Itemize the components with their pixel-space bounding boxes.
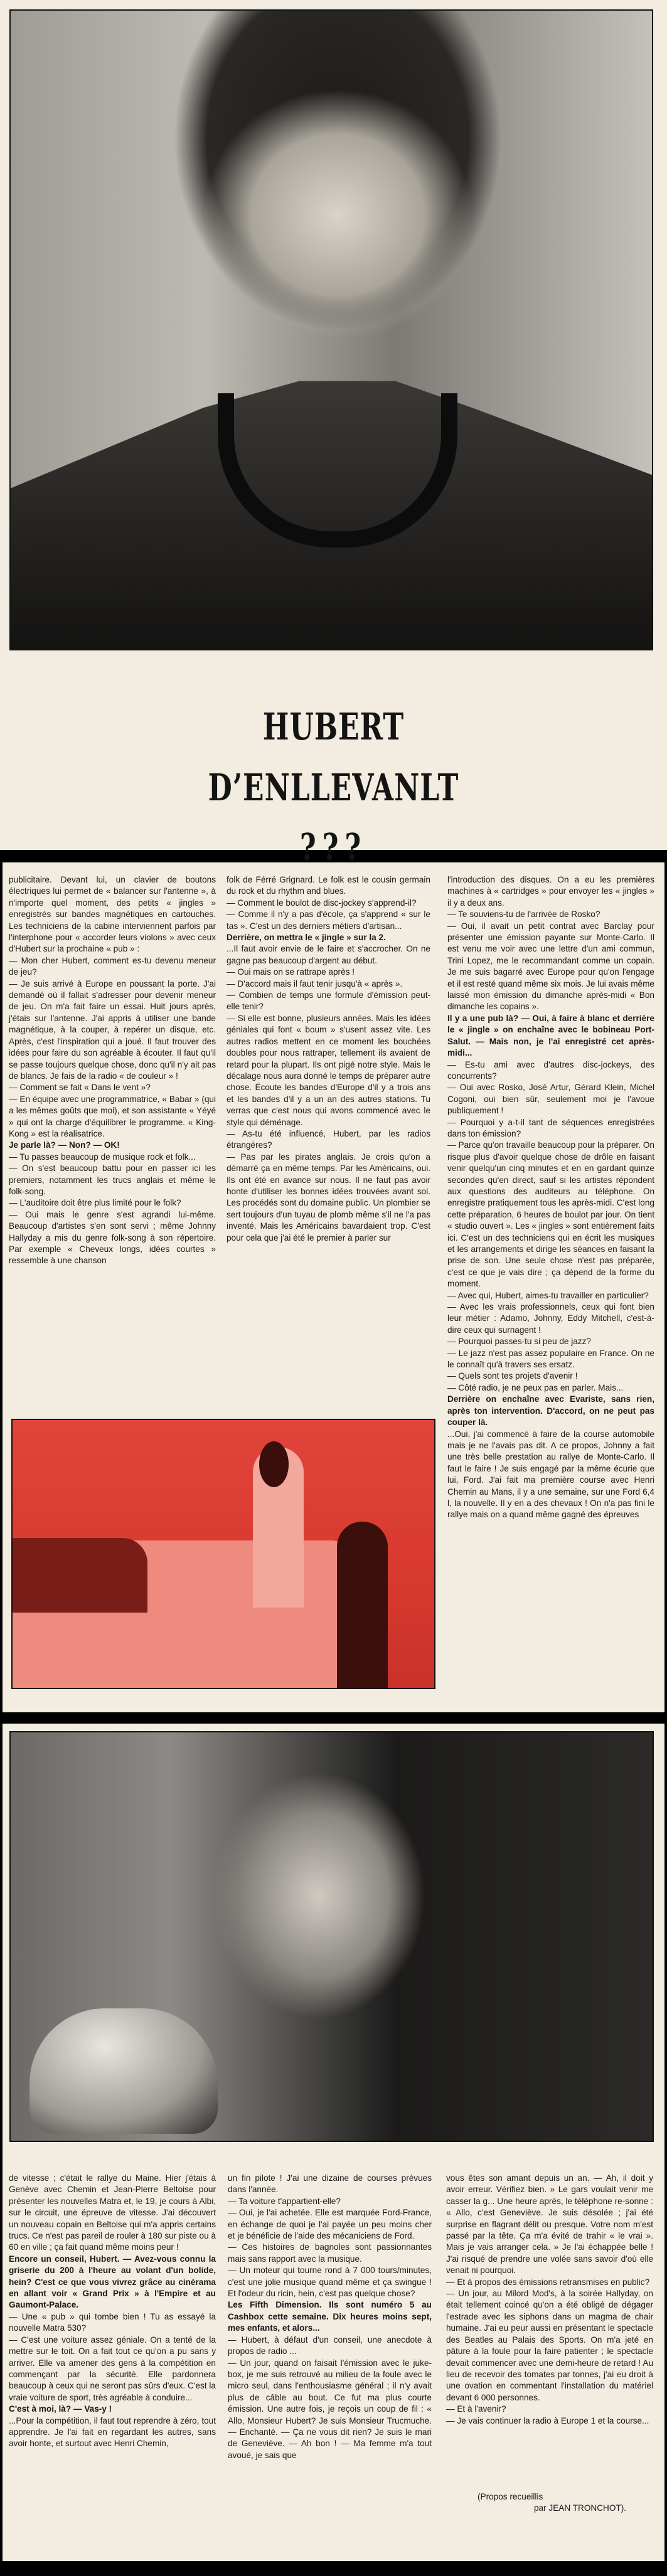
paragraph: — Es-tu ami avec d'autres disc-jockeys, … [447, 1060, 654, 1081]
paragraph: — Une « pub » qui tombe bien ! Tu as ess… [9, 2312, 216, 2333]
bystander-figure [337, 1522, 388, 1688]
paragraph: l'introduction des disques. On a eu les … [447, 875, 654, 908]
text-column-5: un fin pilote ! J'ai une dizaine de cour… [228, 2173, 432, 2461]
paragraph-block: — Hubert, à défaut d'un conseil, une ane… [228, 2335, 432, 2358]
paragraph: — Oui avec Rosko, José Artur, Gérard Kle… [447, 1083, 654, 1115]
paragraph-block: — Es-tu ami avec d'autres disc-jockeys, … [447, 1059, 654, 1083]
paragraph-block: ...Il faut avoir envie de le faire et s'… [227, 943, 430, 967]
paragraph-block: — Et à l'avenir? [446, 2404, 653, 2415]
paragraph: — Pas par les pirates anglais. Je crois … [227, 1152, 430, 1243]
paragraph-block: — L'auditoire doit être plus limité pour… [9, 1197, 216, 1209]
paragraph-block: — Mon cher Hubert, comment es-tu devenu … [9, 955, 216, 978]
signature: (Propos recueillis par JEAN TRONCHOT). [446, 2479, 653, 2515]
paragraph: — D'accord mais il faut tenir jusqu'à « … [227, 979, 402, 989]
paragraph-block: — Ta voiture t'appartient-elle? [228, 2196, 432, 2207]
paragraph: — Comment le boulot de disc-jockey s'app… [227, 898, 417, 908]
paragraph-block: — Oui mais le genre s'est agrandi lui-mê… [9, 1209, 216, 1267]
paragraph: ...Pour la compétition, il faut tout rep… [9, 2416, 216, 2449]
photo-smoking-headset [9, 1731, 654, 2142]
paragraph-block: l'introduction des disques. On a eu les … [447, 874, 654, 909]
paragraph-block: — Oui, je l'ai achetée. Elle est marquée… [228, 2207, 432, 2242]
paragraph-block: Je parle là? — Non? — OK! [9, 1140, 216, 1151]
paragraph: — Un moteur qui tourne rond à 7 000 tour… [228, 2266, 432, 2298]
paragraph: — Le jazz n'est pas assez populaire en F… [447, 1349, 654, 1369]
paragraph: — Oui, il avait un petit contrat avec Ba… [447, 921, 654, 1012]
text-column-1: publicitaire. Devant lui, un clavier de … [9, 874, 216, 1267]
paragraph: — Je vais continuer la radio à Europe 1 … [446, 2416, 649, 2425]
paragraph: — Je suis arrivé à Europe en poussant la… [9, 979, 216, 1081]
paragraph-block: vous êtes son amant depuis un an. — Ah, … [446, 2173, 653, 2277]
paragraph: — Mon cher Hubert, comment es-tu devenu … [9, 956, 216, 977]
paragraph-block: — D'accord mais il faut tenir jusqu'à « … [227, 978, 430, 990]
bold-aside-paragraph: Il y a une pub là? — Oui, à faire à blan… [447, 1014, 654, 1057]
headline-line-1: HUBERT [0, 706, 667, 749]
paragraph: — Oui mais on se rattrape après ! [227, 967, 355, 977]
bold-aside-paragraph: C'est à moi, là? — Vas-y ! [9, 2404, 112, 2414]
paragraph: — Comment se fait « Dans le vent »? [9, 1083, 151, 1092]
paragraph-block: — Comme il n'y a pas d'école, ça s'appre… [227, 909, 430, 932]
paragraph-block: Derrière on enchaîne avec Evariste, sans… [447, 1394, 654, 1428]
paragraph: — Parce qu'on travaille beaucoup pour la… [447, 1140, 654, 1288]
paragraph-block: — Parce qu'on travaille beaucoup pour la… [447, 1140, 654, 1290]
paragraph: — Ces histoires de bagnoles sont passion… [228, 2242, 432, 2263]
paragraph-block: de vitesse ; c'était le rallye du Maine.… [9, 2173, 216, 2254]
paragraph-block: — Côté radio, je ne peux pas en parler. … [447, 1382, 654, 1394]
paragraph: — Pourquoi passes-tu si peu de jazz? [447, 1337, 591, 1346]
signature-line-1: (Propos recueillis [446, 2491, 653, 2503]
paragraph-block: Il y a une pub là? — Oui, à faire à blan… [447, 1013, 654, 1059]
car-window-shape [13, 1538, 147, 1613]
hand-shape [29, 2008, 218, 2134]
paragraph-block: — En équipe avec une programmatrice, « B… [9, 1094, 216, 1140]
red-photo-race-car [11, 1419, 435, 1689]
paragraph-block: — Pourquoi y a-t-il tant de séquences en… [447, 1117, 654, 1140]
paragraph: — Pourquoi y a-t-il tant de séquences en… [447, 1118, 654, 1138]
paragraph-block: — Et à propos des émissions retransmises… [446, 2277, 653, 2288]
paragraph-block: — Tu passes beaucoup de musique rock et … [9, 1152, 216, 1163]
paragraph: — Tu passes beaucoup de musique rock et … [9, 1152, 196, 1162]
paragraph: — C'est une voiture assez géniale. On a … [9, 2335, 216, 2402]
paragraph-block: Encore un conseil, Hubert. — Avez-vous c… [9, 2254, 216, 2311]
paragraph: — Quels sont tes projets d'avenir ! [447, 1371, 577, 1381]
bold-aside-paragraph: Encore un conseil, Hubert. — Avez-vous c… [9, 2254, 216, 2310]
paragraph: — Avec qui, Hubert, aimes-tu travailler … [447, 1291, 649, 1300]
paragraph: — Te souviens-tu de l'arrivée de Rosko? [447, 909, 600, 919]
paragraph-block: — Si elle est bonne, plusieurs années. M… [227, 1013, 430, 1128]
paragraph-block: — Quels sont tes projets d'avenir ! [447, 1370, 654, 1382]
paragraph: — Si elle est bonne, plusieurs années. M… [227, 1014, 430, 1127]
portrait-photo-headphones [9, 9, 653, 650]
signature-line-2: par JEAN TRONCHOT). [446, 2503, 653, 2514]
paragraph-block: — Un jour, quand on faisait l'émission a… [228, 2358, 432, 2462]
text-column-4: de vitesse ; c'était le rallye du Maine.… [9, 2173, 216, 2450]
paragraph-block: — Combien de temps une formule d'émissio… [227, 990, 430, 1013]
bold-aside-paragraph: Je parle là? — Non? — OK! [9, 1140, 120, 1150]
paragraph-block: — Je suis arrivé à Europe en poussant la… [9, 978, 216, 1083]
paragraph: ...Il faut avoir envie de le faire et s'… [227, 944, 430, 965]
paragraph-block: un fin pilote ! J'ai une dizaine de cour… [228, 2173, 432, 2196]
paragraph: — Un jour, au Milord Mod's, à la soirée … [446, 2289, 653, 2402]
text-column-3: l'introduction des disques. On a eu les … [447, 874, 654, 1521]
paragraph-block: — Pourquoi passes-tu si peu de jazz? [447, 1336, 654, 1347]
paragraph-block: publicitaire. Devant lui, un clavier de … [9, 874, 216, 955]
paragraph-block: — C'est une voiture assez géniale. On a … [9, 2335, 216, 2404]
driver-head [259, 1441, 289, 1487]
paragraph-block: — Un moteur qui tourne rond à 7 000 tour… [228, 2265, 432, 2299]
paragraph-block: — Ces histoires de bagnoles sont passion… [228, 2242, 432, 2265]
paragraph-block: — On s'est beaucoup battu pour en passer… [9, 1163, 216, 1197]
paragraph: — On s'est beaucoup battu pour en passer… [9, 1163, 216, 1196]
paragraph: — Oui, je l'ai achetée. Elle est marquée… [228, 2208, 432, 2240]
paragraph-block: — Je vais continuer la radio à Europe 1 … [446, 2415, 653, 2427]
paragraph: — As-tu été influencé, Hubert, par les r… [227, 1129, 430, 1150]
paragraph-block: ...Pour la compétition, il faut tout rep… [9, 2415, 216, 2450]
bold-aside-paragraph: Les Fifth Dimension. Ils sont numéro 5 a… [228, 2300, 432, 2333]
paragraph-block: folk de Férré Grignard. Le folk est le c… [227, 874, 430, 898]
paragraph-block: — Oui, il avait un petit contrat avec Ba… [447, 921, 654, 1013]
paragraph-block: — Comment le boulot de disc-jockey s'app… [227, 898, 430, 909]
text-column-2: folk de Férré Grignard. Le folk est le c… [227, 874, 430, 1244]
paragraph: publicitaire. Devant lui, un clavier de … [9, 875, 216, 953]
paragraph: — Avec les vrais professionnels, ceux qu… [447, 1302, 654, 1335]
paragraph: — Ta voiture t'appartient-elle? [228, 2197, 341, 2206]
paragraph-block: — Comment se fait « Dans le vent »? [9, 1082, 216, 1093]
paragraph: vous êtes son amant depuis un an. — Ah, … [446, 2173, 653, 2275]
bold-aside-paragraph: Derrière on enchaîne avec Evariste, sans… [447, 1394, 654, 1427]
paragraph-block: — Te souviens-tu de l'arrivée de Rosko? [447, 909, 654, 920]
paragraph-block: Derrière, on mettra le « jingle » sur la… [227, 932, 430, 943]
paragraph: — Combien de temps une formule d'émissio… [227, 990, 430, 1011]
paragraph-block: — Un jour, au Milord Mod's, à la soirée … [446, 2288, 653, 2404]
paragraph: — L'auditoire doit être plus limité pour… [9, 1198, 181, 1207]
paragraph: — En équipe avec une programmatrice, « B… [9, 1095, 216, 1138]
paragraph: — Et à l'avenir? [446, 2404, 506, 2414]
paragraph: folk de Férré Grignard. Le folk est le c… [227, 875, 430, 896]
bold-aside-paragraph: Derrière, on mettra le « jingle » sur la… [227, 933, 386, 942]
paragraph: — Hubert, à défaut d'un conseil, une ane… [228, 2335, 432, 2356]
paragraph-block: — Le jazz n'est pas assez populaire en F… [447, 1348, 654, 1371]
paragraph-block: — Avec les vrais professionnels, ceux qu… [447, 1301, 654, 1336]
text-column-6: vous êtes son amant depuis un an. — Ah, … [446, 2173, 653, 2427]
paragraph: de vitesse ; c'était le rallye du Maine.… [9, 2173, 216, 2252]
paragraph: — Un jour, quand on faisait l'émission a… [228, 2358, 432, 2460]
paragraph-block: — Pas par les pirates anglais. Je crois … [227, 1152, 430, 1244]
paragraph-block: Les Fifth Dimension. Ils sont numéro 5 a… [228, 2299, 432, 2334]
paragraph-block: — Une « pub » qui tombe bien ! Tu as ess… [9, 2311, 216, 2335]
paragraph: — Côté radio, je ne peux pas en parler. … [447, 1383, 623, 1392]
paragraph-block: ...Oui, j'ai commencé à faire de la cour… [447, 1429, 654, 1521]
paragraph-block: — Avec qui, Hubert, aimes-tu travailler … [447, 1290, 654, 1301]
paragraph: — Comme il n'y a pas d'école, ça s'appre… [227, 909, 430, 930]
headline-line-2: D’ENLLEVANLT [0, 766, 667, 810]
paragraph-block: — Oui avec Rosko, José Artur, Gérard Kle… [447, 1082, 654, 1116]
paragraph: ...Oui, j'ai commencé à faire de la cour… [447, 1429, 654, 1520]
paragraph-block: — As-tu été influencé, Hubert, par les r… [227, 1128, 430, 1152]
paragraph-block: — Oui mais on se rattrape après ! [227, 967, 430, 978]
paragraph-block: C'est à moi, là? — Vas-y ! [9, 2404, 216, 2415]
paragraph: un fin pilote ! J'ai une dizaine de cour… [228, 2173, 432, 2194]
paragraph: — Oui mais le genre s'est agrandi lui-mê… [9, 1210, 216, 1266]
paragraph: — Et à propos des émissions retransmises… [446, 2277, 649, 2287]
